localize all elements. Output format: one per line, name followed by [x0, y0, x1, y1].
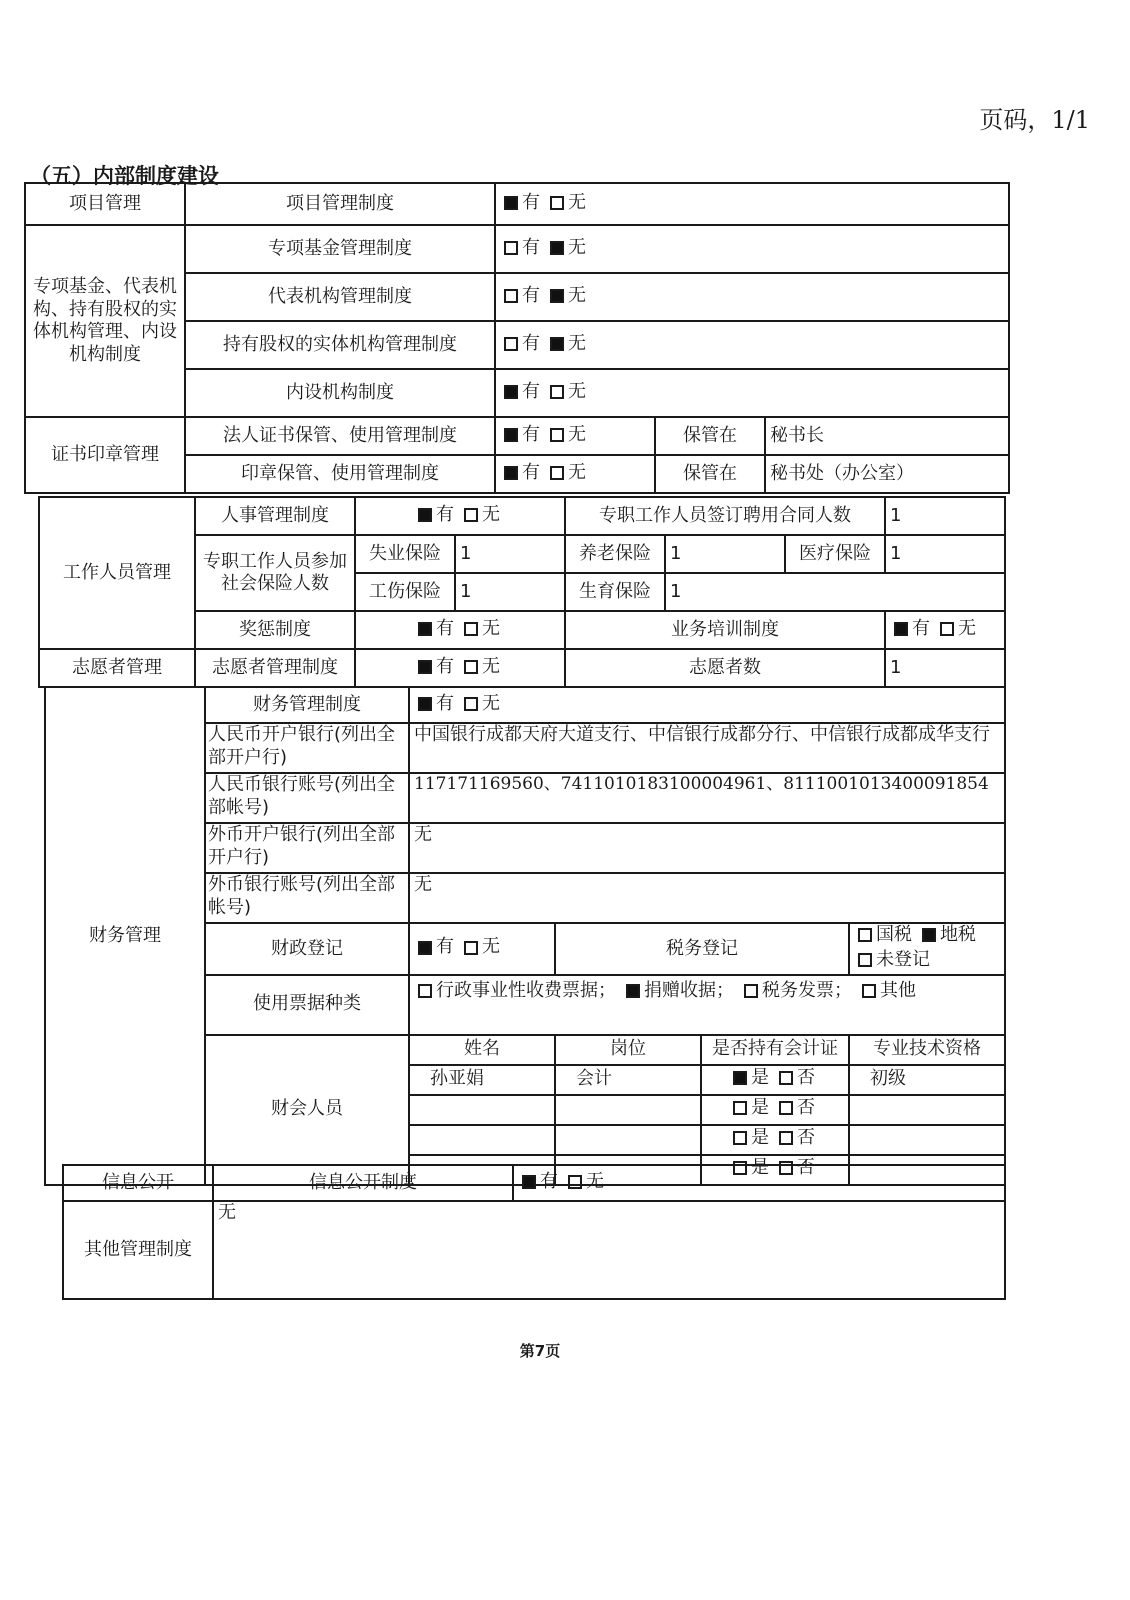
- col-header-post: 岗位: [555, 1035, 701, 1065]
- contract-count[interactable]: 1: [885, 497, 1005, 535]
- checked-box-icon[interactable]: [550, 289, 564, 303]
- form-table-upper: 项目管理 项目管理制度 有无 专项基金、代表机构、持有股权的实体机构管理、内设机…: [24, 182, 1010, 494]
- rmb-bank-label: 人民币开户银行(列出全部开户行): [205, 723, 409, 773]
- other-value[interactable]: 无: [213, 1201, 1005, 1299]
- option-yes[interactable]: 有: [414, 618, 454, 641]
- unchecked-box-icon[interactable]: [550, 196, 564, 210]
- tax-label: 税务登记: [555, 923, 849, 975]
- item-label: 内设机构制度: [185, 369, 495, 417]
- cell-name[interactable]: [409, 1125, 555, 1155]
- insurance-type: 工伤保险: [355, 573, 455, 611]
- yn-checkbox[interactable]: 有无: [355, 611, 565, 649]
- unchecked-box-icon[interactable]: [464, 660, 478, 674]
- kept-at-value[interactable]: 秘书长: [765, 417, 1009, 455]
- option-no[interactable]: 无: [546, 424, 586, 447]
- option-no[interactable]: 否: [775, 1097, 815, 1120]
- fx-bank-label: 外币开户银行(列出全部开户行): [205, 823, 409, 873]
- option-yes[interactable]: 有: [500, 237, 540, 260]
- option-yes[interactable]: 是: [729, 1097, 769, 1120]
- tax-options[interactable]: 国税地税未登记: [849, 923, 1005, 975]
- checked-box-icon[interactable]: [418, 697, 432, 711]
- kept-at-label: 保管在: [655, 417, 765, 455]
- unchecked-box-icon[interactable]: [418, 984, 432, 998]
- unchecked-box-icon[interactable]: [464, 622, 478, 636]
- col-header-cert: 是否持有会计证: [701, 1035, 849, 1065]
- cell-qual[interactable]: 初级: [849, 1065, 1005, 1095]
- checked-box-icon[interactable]: [922, 928, 936, 942]
- group-staff: 工作人员管理: [39, 497, 195, 649]
- option-no[interactable]: 无: [460, 656, 500, 679]
- checked-box-icon[interactable]: [550, 241, 564, 255]
- unchecked-box-icon[interactable]: [504, 289, 518, 303]
- option-yes[interactable]: 有: [500, 192, 540, 215]
- unchecked-box-icon[interactable]: [504, 241, 518, 255]
- checked-box-icon[interactable]: [418, 622, 432, 636]
- option-item[interactable]: 国税: [854, 924, 912, 947]
- item-label: 代表机构管理制度: [185, 273, 495, 321]
- group-volunteer: 志愿者管理: [39, 649, 195, 687]
- unchecked-box-icon[interactable]: [779, 1131, 793, 1145]
- fx-account-label: 外币银行账号(列出全部帐号): [205, 873, 409, 923]
- option-yes[interactable]: 有: [500, 285, 540, 308]
- option-yes[interactable]: 有: [500, 381, 540, 404]
- unchecked-box-icon[interactable]: [464, 941, 478, 955]
- unchecked-box-icon[interactable]: [862, 984, 876, 998]
- yn-checkbox[interactable]: 有无: [495, 321, 1009, 369]
- checked-box-icon[interactable]: [418, 941, 432, 955]
- checked-box-icon[interactable]: [504, 385, 518, 399]
- fiscal-label: 财政登记: [205, 923, 409, 975]
- yn-checkbox[interactable]: 有无: [495, 417, 655, 455]
- unchecked-box-icon[interactable]: [550, 466, 564, 480]
- option-item[interactable]: 捐赠收据；: [622, 980, 734, 1003]
- group-cert: 证书印章管理: [25, 417, 185, 493]
- option-yes[interactable]: 有: [500, 333, 540, 356]
- insurance-type: 医疗保险: [785, 535, 885, 573]
- group-fund: 专项基金、代表机构、持有股权的实体机构管理、内设机构制度: [25, 225, 185, 417]
- insurance-type: 生育保险: [565, 573, 665, 611]
- checked-box-icon[interactable]: [418, 508, 432, 522]
- form-table-finance: 财务管理 财务管理制度 有无 人民币开户银行(列出全部开户行) 中国银行成都天府…: [44, 686, 1006, 1186]
- form-table-lower: 信息公开 信息公开制度 有无 其他管理制度 无: [62, 1164, 1006, 1300]
- insurance-value[interactable]: 1: [665, 573, 1005, 611]
- yn-checkbox[interactable]: 有无: [355, 497, 565, 535]
- cell-qual[interactable]: [849, 1095, 1005, 1125]
- option-yes[interactable]: 有: [500, 462, 540, 485]
- receipt-label: 使用票据种类: [205, 975, 409, 1035]
- item-label: 专项基金管理制度: [185, 225, 495, 273]
- group-other: 其他管理制度: [63, 1201, 213, 1299]
- volunteer-count[interactable]: 1: [885, 649, 1005, 687]
- option-no[interactable]: 无: [460, 504, 500, 527]
- option-yes[interactable]: 有: [890, 618, 930, 641]
- unchecked-box-icon[interactable]: [779, 1071, 793, 1085]
- training-label: 业务培训制度: [565, 611, 885, 649]
- yn-checkbox[interactable]: 有无: [495, 369, 1009, 417]
- option-yes[interactable]: 有: [414, 936, 454, 959]
- fx-bank-value[interactable]: 无: [409, 823, 1005, 873]
- option-yes[interactable]: 有: [518, 1171, 558, 1194]
- rmb-account-value[interactable]: 117171169560、7411010183100004961、8111001…: [409, 773, 1005, 823]
- option-yes[interactable]: 有: [500, 424, 540, 447]
- accountants-label: 财会人员: [205, 1035, 409, 1185]
- insurance-value[interactable]: 1: [665, 535, 785, 573]
- checked-box-icon[interactable]: [418, 660, 432, 674]
- reward-label: 奖惩制度: [195, 611, 355, 649]
- unchecked-box-icon[interactable]: [504, 337, 518, 351]
- finance-system-label: 财务管理制度: [205, 687, 409, 723]
- unchecked-box-icon[interactable]: [550, 385, 564, 399]
- yn-checkbox[interactable]: 有无: [885, 611, 1005, 649]
- checked-box-icon[interactable]: [522, 1175, 536, 1189]
- unchecked-box-icon[interactable]: [779, 1101, 793, 1115]
- contract-label: 专职工作人员签订聘用合同人数: [565, 497, 885, 535]
- option-no[interactable]: 无: [546, 285, 586, 308]
- option-no[interactable]: 无: [460, 618, 500, 641]
- unchecked-box-icon[interactable]: [940, 622, 954, 636]
- option-no[interactable]: 无: [546, 192, 586, 215]
- page-code: 页码，1/1: [979, 100, 1090, 135]
- unchecked-box-icon[interactable]: [733, 1131, 747, 1145]
- option-no[interactable]: 无: [546, 237, 586, 260]
- cell-post[interactable]: [555, 1095, 701, 1125]
- option-no[interactable]: 否: [775, 1127, 815, 1150]
- cert-checkbox[interactable]: 是否: [701, 1125, 849, 1155]
- insurance-type: 养老保险: [565, 535, 665, 573]
- col-header-name: 姓名: [409, 1035, 555, 1065]
- yn-checkbox[interactable]: 有无: [495, 273, 1009, 321]
- kept-at-value[interactable]: 秘书处（办公室）: [765, 455, 1009, 493]
- yn-checkbox[interactable]: 有无: [513, 1165, 1005, 1201]
- checked-box-icon[interactable]: [504, 466, 518, 480]
- option-yes[interactable]: 是: [729, 1067, 769, 1090]
- checked-box-icon[interactable]: [894, 622, 908, 636]
- checked-box-icon[interactable]: [504, 428, 518, 442]
- yn-checkbox[interactable]: 有无: [495, 225, 1009, 273]
- checked-box-icon[interactable]: [626, 984, 640, 998]
- rmb-account-label: 人民币银行账号(列出全部帐号): [205, 773, 409, 823]
- checked-box-icon[interactable]: [504, 196, 518, 210]
- checked-box-icon[interactable]: [550, 337, 564, 351]
- insurance-value[interactable]: 1: [455, 573, 565, 611]
- option-yes[interactable]: 是: [729, 1127, 769, 1150]
- insurance-value[interactable]: 1: [885, 535, 1005, 573]
- kept-at-label: 保管在: [655, 455, 765, 493]
- yn-checkbox[interactable]: 有无: [409, 923, 555, 975]
- yn-checkbox[interactable]: 有无: [409, 687, 1005, 723]
- volunteer-count-label: 志愿者数: [565, 649, 885, 687]
- option-item[interactable]: 行政事业性收费票据；: [414, 980, 616, 1003]
- unchecked-box-icon[interactable]: [858, 953, 872, 967]
- cert-checkbox[interactable]: 是否: [701, 1095, 849, 1125]
- unchecked-box-icon[interactable]: [733, 1101, 747, 1115]
- receipt-options[interactable]: 行政事业性收费票据；捐赠收据；税务发票；其他: [409, 975, 1005, 1035]
- unchecked-box-icon[interactable]: [744, 984, 758, 998]
- option-no[interactable]: 无: [936, 618, 976, 641]
- cert-checkbox[interactable]: 是否: [701, 1065, 849, 1095]
- cell-post[interactable]: 会计: [555, 1065, 701, 1095]
- rmb-bank-value[interactable]: 中国银行成都天府大道支行、中信银行成都分行、中信银行成都成华支行: [409, 723, 1005, 773]
- option-yes[interactable]: 有: [414, 693, 454, 716]
- group-project: 项目管理: [25, 183, 185, 225]
- option-item[interactable]: 税务发票；: [740, 980, 852, 1003]
- insurance-label: 专职工作人员参加社会保险人数: [195, 535, 355, 611]
- footer-page-number: 第7页: [0, 1340, 1080, 1361]
- insurance-type: 失业保险: [355, 535, 455, 573]
- item-label: 持有股权的实体机构管理制度: [185, 321, 495, 369]
- option-no[interactable]: 否: [775, 1067, 815, 1090]
- option-no[interactable]: 无: [546, 462, 586, 485]
- checked-box-icon[interactable]: [733, 1071, 747, 1085]
- item-label: 项目管理制度: [185, 183, 495, 225]
- yn-checkbox[interactable]: 有无: [355, 649, 565, 687]
- option-no[interactable]: 无: [546, 333, 586, 356]
- form-table-staff: 工作人员管理 人事管理制度 有无 专职工作人员签订聘用合同人数 1 专职工作人员…: [38, 496, 1006, 688]
- option-no[interactable]: 无: [546, 381, 586, 404]
- option-no[interactable]: 无: [460, 936, 500, 959]
- cell-name[interactable]: [409, 1095, 555, 1125]
- col-header-qual: 专业技术资格: [849, 1035, 1005, 1065]
- unchecked-box-icon[interactable]: [568, 1175, 582, 1189]
- cell-qual[interactable]: [849, 1125, 1005, 1155]
- option-yes[interactable]: 有: [414, 656, 454, 679]
- insurance-value[interactable]: 1: [455, 535, 565, 573]
- option-no[interactable]: 无: [460, 693, 500, 716]
- option-item[interactable]: 未登记: [854, 949, 930, 972]
- group-disclosure: 信息公开: [63, 1165, 213, 1201]
- option-yes[interactable]: 有: [414, 504, 454, 527]
- option-item[interactable]: 其他: [858, 980, 916, 1003]
- disclosure-label: 信息公开制度: [213, 1165, 513, 1201]
- unchecked-box-icon[interactable]: [550, 428, 564, 442]
- group-finance: 财务管理: [45, 687, 205, 1185]
- unchecked-box-icon[interactable]: [858, 928, 872, 942]
- item-label: 印章保管、使用管理制度: [185, 455, 495, 493]
- option-no[interactable]: 无: [564, 1171, 604, 1194]
- yn-checkbox[interactable]: 有无: [495, 455, 655, 493]
- fx-account-value[interactable]: 无: [409, 873, 1005, 923]
- cell-name[interactable]: 孙亚娟: [409, 1065, 555, 1095]
- item-label: 法人证书保管、使用管理制度: [185, 417, 495, 455]
- unchecked-box-icon[interactable]: [464, 508, 478, 522]
- hr-label: 人事管理制度: [195, 497, 355, 535]
- volunteer-system-label: 志愿者管理制度: [195, 649, 355, 687]
- unchecked-box-icon[interactable]: [464, 697, 478, 711]
- option-item[interactable]: 地税: [918, 924, 976, 947]
- cell-post[interactable]: [555, 1125, 701, 1155]
- yn-checkbox[interactable]: 有无: [495, 183, 1009, 225]
